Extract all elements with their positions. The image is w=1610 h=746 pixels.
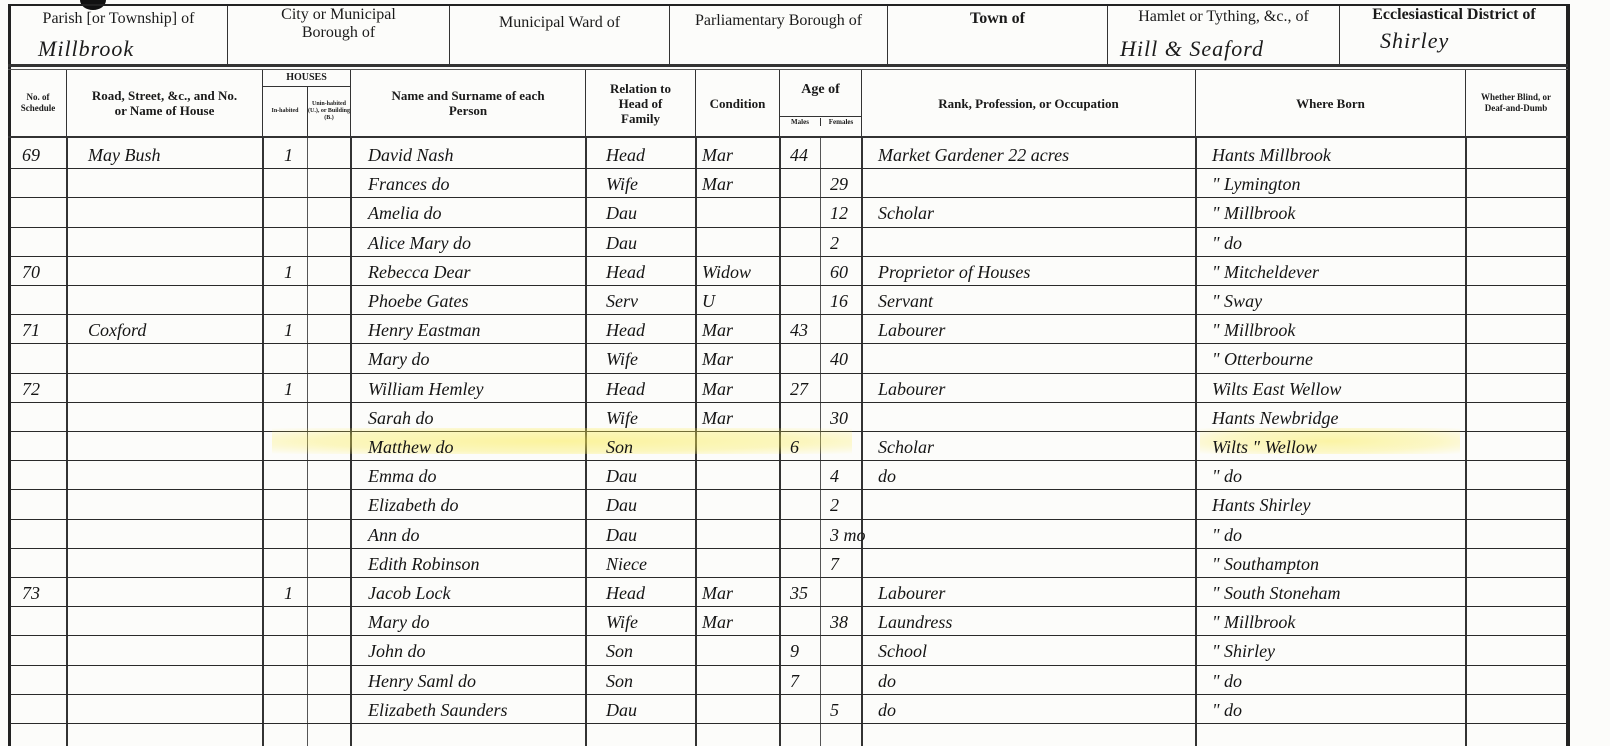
cell-born: " Mitcheldever [1212, 261, 1319, 283]
table-row: Frances doWifeMar29" Lymington [10, 169, 1566, 198]
cell-relation: Wife [606, 173, 638, 195]
col-houses: HOUSES In-habited Unin-habited (U.), or … [263, 70, 351, 136]
col-houses-title: HOUSES [263, 70, 350, 87]
cell-occupation: School [878, 640, 927, 662]
cell-female: 4 [830, 465, 839, 487]
cell-name: Phoebe Gates [368, 290, 468, 312]
cell-name: Emma do [368, 465, 437, 487]
banner-parliamentary: Parliamentary Borough of [670, 6, 888, 64]
cell-inhabited: 1 [284, 378, 293, 400]
cell-condition: Mar [702, 407, 733, 429]
cell-relation: Head [606, 582, 645, 604]
cell-condition: Widow [702, 261, 751, 283]
banner-parish: Parish [or Township] of Millbrook [10, 6, 228, 64]
col-blind: Whether Blind, or Deaf-and-Dumb [1466, 70, 1566, 136]
cell-occupation: Proprietor of Houses [878, 261, 1030, 283]
col-occupation: Rank, Profession, or Occupation [862, 70, 1196, 136]
cell-condition: Mar [702, 173, 733, 195]
banner-ecclesiastical-value: Shirley [1340, 28, 1568, 54]
cell-name: Ann do [368, 524, 420, 546]
cell-born: " Southampton [1212, 553, 1319, 575]
cell-born: " Sway [1212, 290, 1262, 312]
cell-female: 60 [830, 261, 848, 283]
cell-relation: Wife [606, 611, 638, 633]
cell-female: 2 [830, 232, 839, 254]
banner-parish-value: Millbrook [10, 36, 227, 62]
cell-relation: Son [606, 436, 633, 458]
cell-condition: U [702, 290, 715, 312]
cell-name: Mary do [368, 348, 430, 370]
cell-female: 38 [830, 611, 848, 633]
table-row: 69May Bush1David NashHeadMar44Market Gar… [10, 140, 1566, 169]
cell-male: 35 [790, 582, 808, 604]
cell-name: David Nash [368, 144, 454, 166]
cell-female: 3 mo [830, 524, 866, 546]
table-row: Ann doDau3 mo" do [10, 520, 1566, 549]
cell-female: 40 [830, 348, 848, 370]
table-row: Mary doWifeMar40" Otterbourne [10, 344, 1566, 373]
cell-road: May Bush [88, 144, 160, 166]
table-row: Amelia doDau12Scholar" Millbrook [10, 198, 1566, 227]
cell-born: " Millbrook [1212, 319, 1295, 341]
cell-occupation: Labourer [878, 582, 945, 604]
cell-inhabited: 1 [284, 319, 293, 341]
table-row: Mary doWifeMar38Laundress" Millbrook [10, 607, 1566, 636]
table-row: Emma doDau4do" do [10, 461, 1566, 490]
cell-born: Hants Millbrook [1212, 144, 1331, 166]
cell-name: Alice Mary do [368, 232, 471, 254]
cell-name: Jacob Lock [368, 582, 450, 604]
banner-town: Town of [888, 6, 1108, 64]
banner-divider [8, 64, 1568, 67]
cell-occupation: Scholar [878, 202, 934, 224]
cell-male: 43 [790, 319, 808, 341]
banner-town-label: Town of [888, 6, 1107, 28]
table-row: Henry Saml doSon7do" do [10, 666, 1566, 695]
cell-relation: Wife [606, 348, 638, 370]
table-row: Elizabeth SaundersDau5do" do [10, 695, 1566, 724]
table-row: 701Rebecca DearHeadWidow60Proprietor of … [10, 257, 1566, 286]
cell-schedule: 70 [22, 261, 40, 283]
table-row: Matthew doSon6ScholarWilts " Wellow [10, 432, 1566, 461]
cell-occupation: do [878, 465, 896, 487]
cell-name: Henry Saml do [368, 670, 476, 692]
table-row: 71Coxford1Henry EastmanHeadMar43Labourer… [10, 315, 1566, 344]
col-name: Name and Surname of each Person [351, 70, 586, 136]
cell-born: " do [1212, 524, 1242, 546]
cell-name: Elizabeth Saunders [368, 699, 508, 721]
cell-name: Henry Eastman [368, 319, 480, 341]
col-born: Where Born [1196, 70, 1466, 136]
cell-occupation: do [878, 670, 896, 692]
cell-condition: Mar [702, 582, 733, 604]
cell-relation: Son [606, 670, 633, 692]
cell-name: Frances do [368, 173, 449, 195]
right-border [1566, 4, 1570, 746]
cell-relation: Dau [606, 202, 637, 224]
cell-born: " Millbrook [1212, 611, 1295, 633]
cell-condition: Mar [702, 319, 733, 341]
cell-female: 16 [830, 290, 848, 312]
col-condition: Condition [696, 70, 780, 136]
table-row: Edith RobinsonNiece7" Southampton [10, 549, 1566, 578]
cell-schedule: 69 [22, 144, 40, 166]
col-age: Age of Males Females [780, 70, 862, 136]
banner-parliamentary-label: Parliamentary Borough of [670, 6, 887, 30]
cell-female: 30 [830, 407, 848, 429]
cell-name: Edith Robinson [368, 553, 480, 575]
cell-born: " do [1212, 670, 1242, 692]
cell-condition: Mar [702, 378, 733, 400]
col-relation: Relation to Head of Family [586, 70, 696, 136]
cell-relation: Head [606, 319, 645, 341]
table-row: John doSon9School" Shirley [10, 636, 1566, 665]
cell-name: John do [368, 640, 426, 662]
cell-relation: Dau [606, 232, 637, 254]
col-inhabited: In-habited [263, 87, 308, 136]
banner-ward-label: Municipal Ward of [450, 6, 669, 32]
banner-ward: Municipal Ward of [450, 6, 670, 64]
cell-schedule: 73 [22, 582, 40, 604]
cell-condition: Mar [702, 348, 733, 370]
cell-relation: Son [606, 640, 633, 662]
banner-hamlet: Hamlet or Tything, &c., of Hill & Seafor… [1108, 6, 1340, 64]
col-females: Females [821, 118, 861, 126]
table-row: Elizabeth doDau2Hants Shirley [10, 490, 1566, 519]
cell-female: 7 [830, 553, 839, 575]
cell-relation: Niece [606, 553, 647, 575]
col-road: Road, Street, &c., and No. or Name of Ho… [67, 70, 263, 136]
cell-occupation: Market Gardener 22 acres [878, 144, 1069, 166]
cell-relation: Dau [606, 524, 637, 546]
cell-relation: Dau [606, 494, 637, 516]
cell-name: Elizabeth do [368, 494, 459, 516]
cell-born: Wilts East Wellow [1212, 378, 1341, 400]
banner-hamlet-label: Hamlet or Tything, &c., of [1108, 6, 1339, 26]
cell-occupation: Laundress [878, 611, 952, 633]
cell-relation: Head [606, 261, 645, 283]
cell-born: " South Stoneham [1212, 582, 1341, 604]
banner-ecclesiastical: Ecclesiastical District of Shirley [1340, 6, 1568, 64]
cell-condition: Mar [702, 611, 733, 633]
cell-name: William Hemley [368, 378, 483, 400]
header-divider [8, 136, 1568, 138]
cell-born: " do [1212, 232, 1242, 254]
cell-inhabited: 1 [284, 261, 293, 283]
cell-condition: Mar [702, 144, 733, 166]
census-page: Parish [or Township] of Millbrook City o… [0, 0, 1610, 746]
banner-city: City or Municipal Borough of [228, 6, 450, 64]
cell-born: " Otterbourne [1212, 348, 1313, 370]
cell-born: " do [1212, 699, 1242, 721]
cell-occupation: Servant [878, 290, 933, 312]
cell-schedule: 72 [22, 378, 40, 400]
cell-male: 44 [790, 144, 808, 166]
cell-occupation: Labourer [878, 378, 945, 400]
col-age-title: Age of [780, 70, 861, 117]
cell-inhabited: 1 [284, 582, 293, 604]
cell-relation: Dau [606, 699, 637, 721]
banner-ecclesiastical-label: Ecclesiastical District of [1340, 6, 1568, 24]
cell-male: 6 [790, 436, 799, 458]
cell-relation: Head [606, 378, 645, 400]
cell-occupation: do [878, 699, 896, 721]
cell-name: Sarah do [368, 407, 434, 429]
banner-hamlet-value: Hill & Seaford [1108, 36, 1339, 62]
cell-occupation: Labourer [878, 319, 945, 341]
cell-inhabited: 1 [284, 144, 293, 166]
cell-relation: Wife [606, 407, 638, 429]
col-uninhabited: Unin-habited (U.), or Building (B.) [308, 87, 350, 136]
cell-male: 9 [790, 640, 799, 662]
cell-name: Amelia do [368, 202, 442, 224]
table-row: 721William HemleyHeadMar27LabourerWilts … [10, 374, 1566, 403]
table-row: 731Jacob LockHeadMar35Labourer" South St… [10, 578, 1566, 607]
cell-female: 5 [830, 699, 839, 721]
cell-relation: Dau [606, 465, 637, 487]
cell-born: Hants Shirley [1212, 494, 1311, 516]
cell-born: " Millbrook [1212, 202, 1295, 224]
cell-born: Hants Newbridge [1212, 407, 1339, 429]
cell-name: Rebecca Dear [368, 261, 470, 283]
cell-relation: Head [606, 144, 645, 166]
cell-male: 27 [790, 378, 808, 400]
cell-born: Wilts " Wellow [1212, 436, 1317, 458]
cell-male: 7 [790, 670, 799, 692]
table-row: Phoebe GatesServU16Servant" Sway [10, 286, 1566, 315]
cell-road: Coxford [88, 319, 146, 341]
col-males: Males [780, 118, 821, 126]
cell-female: 12 [830, 202, 848, 224]
cell-female: 2 [830, 494, 839, 516]
cell-relation: Serv [606, 290, 638, 312]
cell-born: " do [1212, 465, 1242, 487]
banner-parish-label: Parish [or Township] of [10, 6, 227, 28]
cell-schedule: 71 [22, 319, 40, 341]
col-schedule: No. of Schedule [10, 70, 67, 136]
banner-city-label: City or Municipal Borough of [228, 6, 449, 42]
cell-female: 29 [830, 173, 848, 195]
cell-occupation: Scholar [878, 436, 934, 458]
cell-name: Matthew do [368, 436, 454, 458]
cell-born: " Shirley [1212, 640, 1275, 662]
table-row: Alice Mary doDau2" do [10, 228, 1566, 257]
cell-born: " Lymington [1212, 173, 1301, 195]
cell-name: Mary do [368, 611, 430, 633]
